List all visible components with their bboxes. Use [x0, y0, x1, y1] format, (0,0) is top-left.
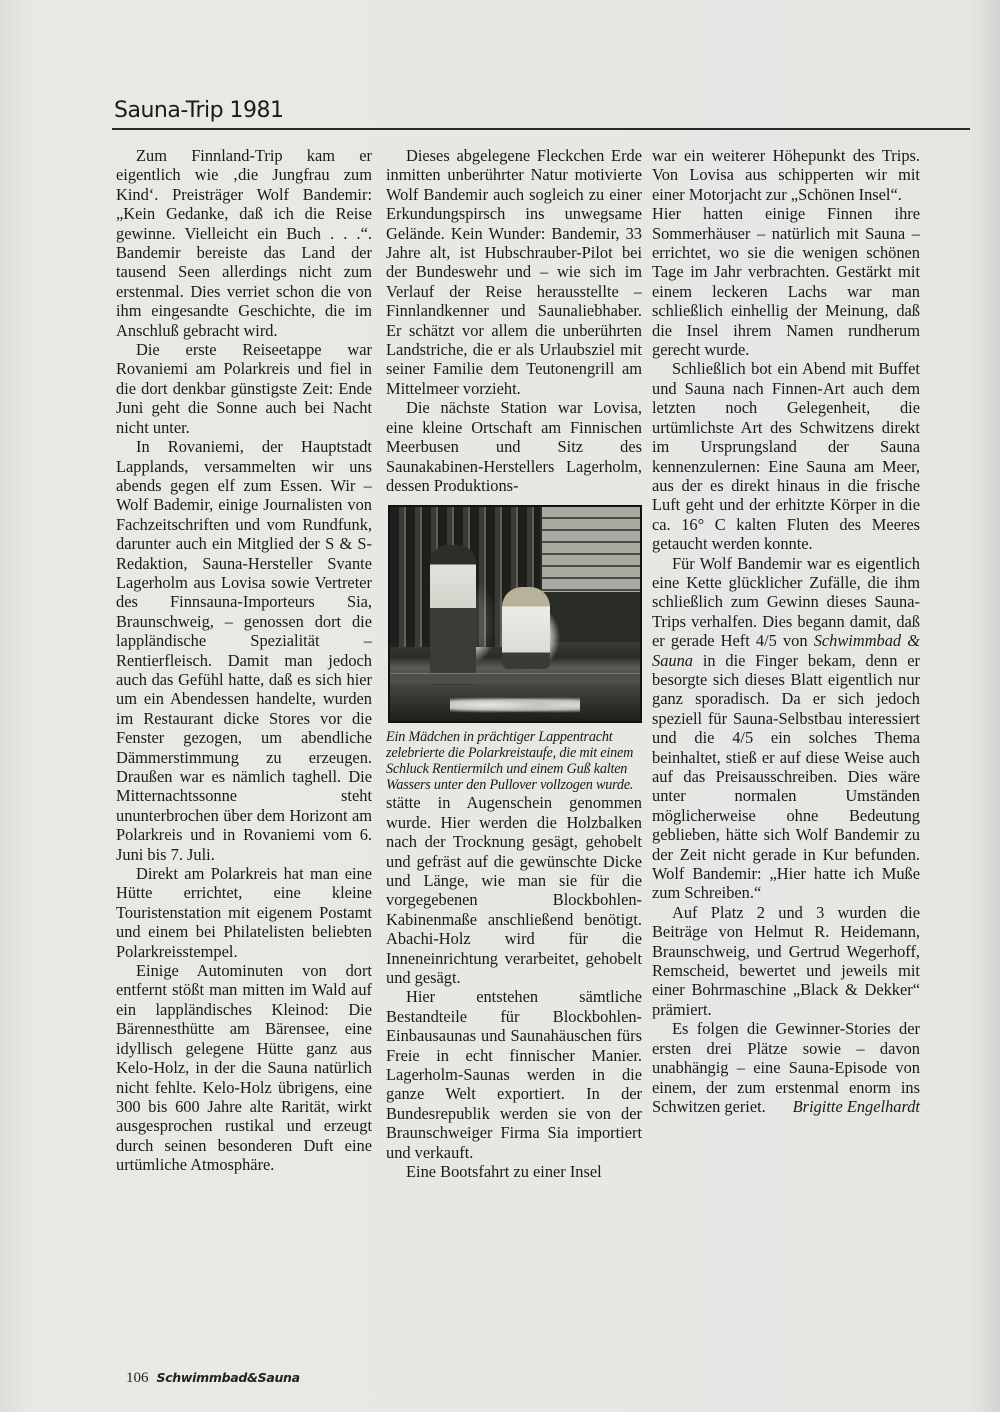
- paragraph: Zum Finnland-Trip kam er eigentlich wie …: [116, 146, 372, 340]
- page-number: 106: [126, 1370, 149, 1387]
- paragraph: Dieses abgelegene Fleckchen Erde inmitte…: [386, 146, 642, 398]
- photo-bench: [390, 673, 642, 684]
- paragraph: stätte in Augenschein genommen wurde. Hi…: [386, 793, 642, 987]
- text: in die Finger bekam, denn er besorgte si…: [652, 651, 920, 903]
- photo-caption: Ein Mädchen in prächtiger Lappentracht z…: [386, 729, 642, 793]
- paragraph: Direkt am Polarkreis hat man eine Hütte …: [116, 864, 372, 961]
- paragraph: Schließlich bot ein Abend mit Buffet und…: [652, 359, 920, 553]
- author-byline: Brigitte Engelhardt: [773, 1097, 920, 1116]
- paragraph-final: Es folgen die Gewinner-Stories der erste…: [652, 1019, 920, 1116]
- article-title: Sauna-Trip 1981: [112, 98, 967, 124]
- paragraph: Die erste Reiseetappe war Rovaniemi am P…: [116, 340, 372, 437]
- paragraph: Eine Bootsfahrt zu einer Insel: [386, 1162, 642, 1181]
- paragraph: Einige Autominuten von dort entfernt stö…: [116, 961, 372, 1174]
- photo-figure-kneeling: [502, 587, 550, 669]
- paragraph-magazine-mention: Für Wolf Bandemir war es eigentlich eine…: [652, 554, 920, 903]
- paragraph: Hier entstehen sämtliche Bestandteile fü…: [386, 987, 642, 1162]
- column-2: Dieses abgelegene Fleckchen Erde inmitte…: [386, 146, 642, 1181]
- paragraph: In Rovaniemi, der Hauptstadt Lapplands, …: [116, 437, 372, 864]
- photo-figure-standing: [430, 545, 476, 685]
- article-header: Sauna-Trip 1981: [112, 98, 967, 124]
- paragraph: Die nächste Station war Lovisa, eine kle…: [386, 398, 642, 495]
- page-footer: 106 Schwimmbad&Sauna: [126, 1370, 300, 1387]
- paragraph: Auf Platz 2 und 3 wurden die Beiträge vo…: [652, 903, 920, 1019]
- photo-water-splash: [450, 697, 580, 713]
- column-1: Zum Finnland-Trip kam er eigentlich wie …: [116, 146, 372, 1175]
- magazine-name: Schwimmbad&Sauna: [157, 1370, 300, 1385]
- column-3: war ein weiterer Höhepunkt des Trips. Vo…: [652, 146, 920, 1116]
- article-photo: [388, 505, 642, 723]
- paragraph: war ein weiterer Höhepunkt des Trips. Vo…: [652, 146, 920, 204]
- paragraph: Hier hatten einige Finnen ihre Sommerhäu…: [652, 204, 920, 359]
- title-rule: [112, 128, 970, 130]
